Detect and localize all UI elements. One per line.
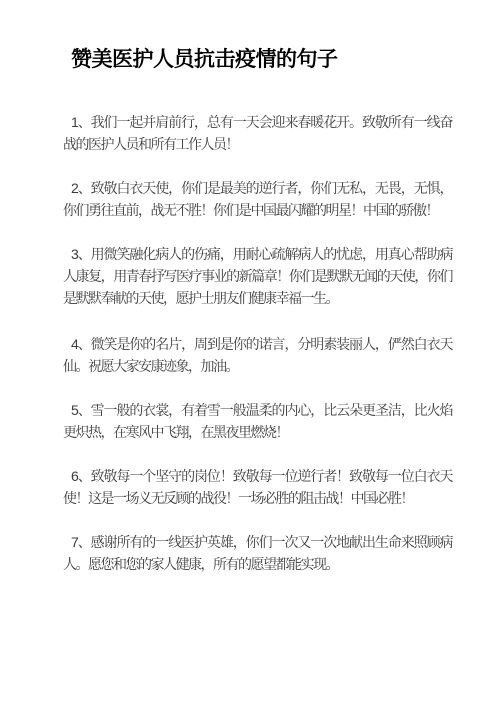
paragraph-list: 1、我们一起并肩前行，总有一天会迎来春暖花开。致敬所有一线奋战的医护人员和所有工… xyxy=(63,111,452,575)
paragraph-5: 5、雪一般的衣裳，有着雪一般温柔的内心，比云朵更圣洁，比火焰更炽热，在寒风中飞翔… xyxy=(63,399,452,443)
paragraph-3: 3、用微笑融化病人的伤痛，用耐心疏解病人的忧虑，用真心帮助病人康复，用青春抒写医… xyxy=(63,243,452,309)
paragraph-7: 7、感谢所有的一线医护英雄，你们一次又一次地献出生命来照顾病人。愿您和您的家人健… xyxy=(63,531,452,575)
paragraph-6: 6、致敬每一个坚守的岗位！致敬每一位逆行者！致敬每一位白衣天使！这是一场义无反顾… xyxy=(63,465,452,509)
paragraph-2: 2、致敬白衣天使，你们是最美的逆行者，你们无私，无畏，无惧，你们勇往直前，战无不… xyxy=(63,177,452,221)
document-page: { "doc": { "title": "赞美医护人员抗击疫情的句子", "pa… xyxy=(0,0,500,707)
paragraph-1: 1、我们一起并肩前行，总有一天会迎来春暖花开。致敬所有一线奋战的医护人员和所有工… xyxy=(63,111,452,155)
paragraph-4: 4、微笑是你的名片，周到是你的诺言，分明素装丽人，俨然白衣天仙。祝愿大家安康迹象… xyxy=(63,333,452,377)
page-title: 赞美医护人员抗击疫情的句子 xyxy=(71,47,452,73)
document: 赞美医护人员抗击疫情的句子 1、我们一起并肩前行，总有一天会迎来春暖花开。致敬所… xyxy=(0,0,500,707)
